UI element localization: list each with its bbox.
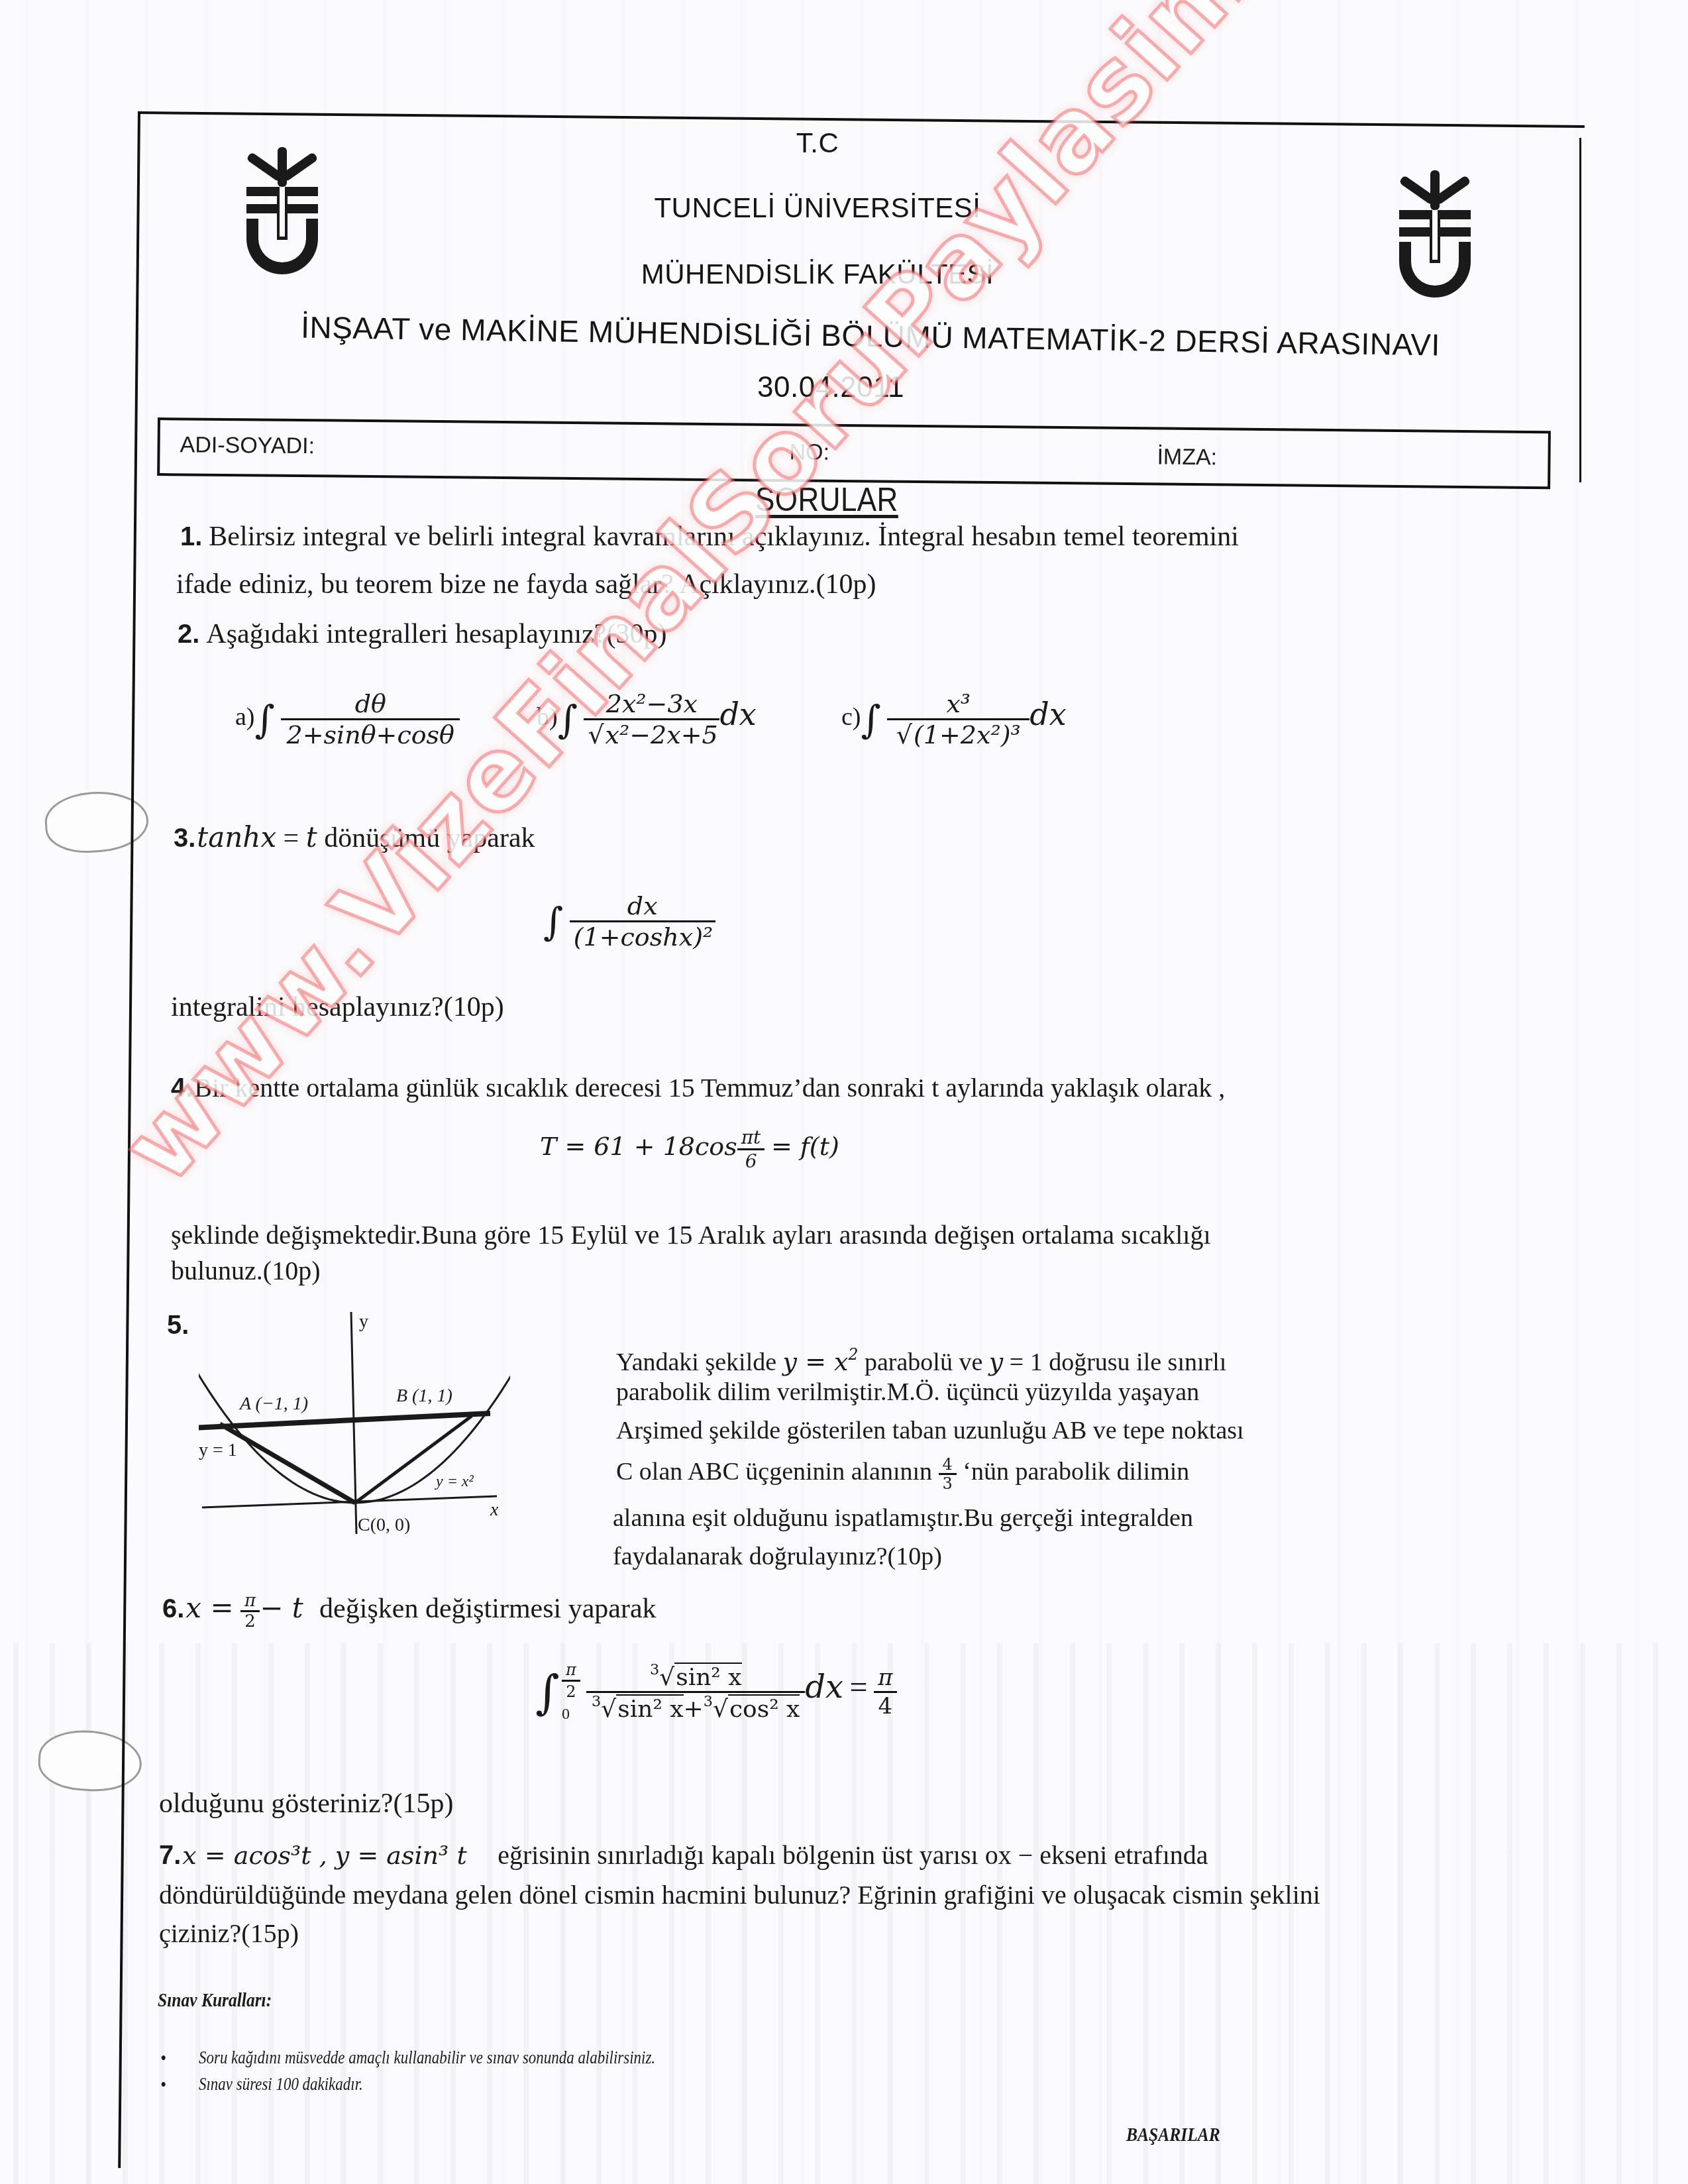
point-b-label: B (1, 1)	[396, 1386, 452, 1406]
question-6: 6.x = π 2 − t değişken değiştirmesi yapa…	[162, 1587, 657, 1631]
q3-eq: =	[284, 823, 299, 853]
radicand: sin² x	[616, 1694, 683, 1723]
x-axis-label: x	[490, 1500, 499, 1520]
question-5-line-2: parabolik dilim verilmiştir.M.Ö. üçüncü …	[616, 1373, 1199, 1411]
radicand: cos² x	[728, 1694, 800, 1723]
question-number: 7.	[159, 1841, 181, 1870]
question-number: 2.	[178, 620, 199, 649]
integral-sign-icon: ∫	[535, 1665, 559, 1720]
page-frame-right	[1579, 138, 1581, 482]
denominator: 3√sin² x+3√cos² x	[586, 1693, 805, 1723]
lower-limit: 0	[562, 1704, 580, 1724]
number-field-label[interactable]: NO:	[789, 439, 829, 466]
faculty-name: MÜHENDİSLİK FAKÜLTESİ	[0, 258, 1662, 290]
differential: dx	[805, 1668, 843, 1706]
fraction: 4 3	[939, 1456, 957, 1492]
denominator: √(1+2x²)³	[887, 720, 1029, 749]
fraction: dθ 2+sinθ+cosθ	[281, 689, 460, 749]
question-4-line-2: şeklinde değişmektedir.Buna göre 15 Eylü…	[171, 1214, 1211, 1256]
question-1-line-1: Belirsiz integral ve belirli integral ka…	[209, 521, 1239, 552]
line-label: y = 1	[199, 1440, 237, 1460]
question-6-text: değişken değiştirmesi yaparak	[319, 1594, 657, 1624]
point-a-label: A (−1, 1)	[238, 1393, 308, 1414]
question-4-line-3: bulunuz.(10p)	[171, 1250, 321, 1292]
question-6-line-3: olduğunu gösteriniz?(15p)	[159, 1782, 453, 1825]
parabola-figure: y A (−1, 1) B (1, 1) y = 1 y = x² C(0, 0…	[199, 1309, 510, 1534]
denominator: (1+coshx)²	[570, 922, 715, 952]
numerator: 3√sin² x	[586, 1661, 805, 1693]
exam-date: 30.04.2011	[0, 371, 1675, 404]
numerator: x³	[887, 689, 1029, 720]
question-7-line-1: eğrisinin sınırladığı kapalı bölgenin üs…	[498, 1840, 1208, 1870]
question-5-number: 5.	[167, 1304, 195, 1346]
question-5-line-5: alanına eşit olduğunu ispatlamıştır.Bu g…	[613, 1499, 1193, 1537]
equals: =	[850, 1670, 868, 1705]
radicand: sin² x	[674, 1663, 741, 1691]
q3-rhs: t	[306, 821, 317, 853]
formula-right: = f(t)	[771, 1132, 839, 1161]
closing-text: BAŞARILAR	[1126, 2124, 1220, 2146]
numerator: 4	[939, 1456, 957, 1475]
curve-label: y = x²	[435, 1473, 474, 1490]
question-number: 1.	[180, 522, 202, 551]
fraction: 2x²−3x √x²−2x+5	[584, 689, 719, 749]
question-number: 4.	[171, 1073, 193, 1103]
part-label: a)	[235, 703, 255, 731]
integral-3: ∫ dx (1+coshx)²	[543, 891, 715, 952]
integral-sign-icon: ∫	[543, 899, 563, 944]
part-label: b)	[537, 703, 558, 731]
numerator: π	[562, 1660, 580, 1682]
question-number: 6.	[162, 1594, 184, 1623]
integral-2a: a)∫ dθ 2+sinθ+cosθ	[235, 689, 460, 749]
fraction: π 2	[240, 1592, 260, 1631]
question-4-line-1: Bir kentte ortalama günlük sıcaklık dere…	[194, 1073, 1225, 1103]
question-number: 5.	[167, 1311, 189, 1340]
integral-2c: c)∫ x³ √(1+2x²)³ dx	[841, 689, 1067, 749]
question-4: 4.Bir kentte ortalama günlük sıcaklık de…	[171, 1067, 1225, 1109]
rule-item: Soru kağıdını müsvedde amaçlı kullanabil…	[199, 2048, 655, 2068]
q3-lhs: tanhx	[197, 821, 276, 853]
numerator: π	[874, 1665, 896, 1693]
denominator: 2	[240, 1612, 260, 1631]
question-1-line-2: ifade ediniz, bu teorem bize ne fayda sa…	[176, 563, 876, 606]
formula-left: T = 61 + 18cos	[540, 1132, 737, 1161]
question-3-text: dönüşümü yaparak	[324, 823, 535, 853]
numerator: 2x²−3x	[584, 689, 719, 720]
name-field-label[interactable]: ADI-SOYADI:	[180, 432, 315, 459]
radicand: (1+2x²)³	[912, 719, 1021, 749]
fraction: πt 6	[737, 1126, 765, 1172]
question-5-line-4: C olan ABC üçgeninin alanının 4 3 ‘nün p…	[616, 1452, 1189, 1492]
fraction: dx (1+coshx)²	[570, 891, 715, 952]
result-fraction: π 4	[874, 1665, 896, 1720]
substitution-lhs: x =	[185, 1592, 233, 1624]
denominator: 2	[562, 1682, 580, 1702]
question-5-line-6: faydalanarak doğrulayınız?(10p)	[613, 1537, 942, 1576]
fraction: x³ √(1+2x²)³	[887, 689, 1029, 749]
line-4-head: C olan ABC üçgeninin alanının	[616, 1458, 932, 1486]
upper-limit: π 2	[562, 1660, 580, 1702]
root-index: 3	[650, 1661, 659, 1678]
line-4-tail: ‘nün parabolik dilimin	[963, 1458, 1189, 1486]
line-y1	[199, 1413, 490, 1428]
rules-title: Sınav Kuralları:	[158, 1989, 272, 2012]
y-axis-label: y	[359, 1311, 368, 1332]
integral-6: ∫ π 2 0 3√sin² x 3√sin² x+3√cos² x dx = …	[535, 1660, 897, 1724]
denominator: 3	[939, 1475, 957, 1492]
triangle-side-ac	[220, 1424, 355, 1503]
root-index: 3	[704, 1693, 713, 1710]
fraction: 3√sin² x 3√sin² x+3√cos² x	[586, 1661, 805, 1722]
integral-sign-icon: ∫	[255, 697, 275, 742]
header-tc: T.C	[0, 127, 1662, 159]
rule-item: Sınav süresi 100 dakikadır.	[199, 2074, 363, 2095]
point-c-label: C(0, 0)	[358, 1515, 410, 1534]
root-index: 3	[592, 1693, 601, 1710]
numerator: dx	[570, 891, 715, 922]
substitution-rhs: − t	[260, 1592, 303, 1624]
parametric-formula: x = acos³t , y = asin³ t	[182, 1841, 466, 1870]
denominator: 6	[737, 1150, 765, 1172]
question-number: 3.	[174, 824, 195, 853]
denominator: 2+sinθ+cosθ	[281, 720, 460, 749]
question-3-line-3: integralini hesaplayınız?(10p)	[171, 986, 504, 1028]
question-2-text: Aşağıdaki integralleri hesaplayınız?(30p…	[206, 619, 666, 649]
question-7-line-2: döndürüldüğünde meydana gelen dönel cism…	[159, 1874, 1320, 1916]
part-label: c)	[841, 703, 861, 731]
question-3: 3.tanhx = t dönüşümü yaparak	[174, 816, 535, 859]
numerator: π	[240, 1592, 260, 1612]
differential: dx	[719, 696, 756, 732]
numerator: πt	[737, 1126, 765, 1150]
radicand: x²−2x+5	[604, 719, 718, 749]
question-2: 2.Aşağıdaki integralleri hesaplayınız?(3…	[178, 613, 666, 655]
question-1: 1.Belirsiz integral ve belirli integral …	[180, 516, 1239, 558]
integral-limits: π 2 0	[562, 1660, 580, 1724]
university-name: TUNCELİ ÜNİVERSİTESİ	[0, 192, 1662, 224]
denominator: √x²−2x+5	[584, 720, 719, 749]
integral-2b: b)∫ 2x²−3x √x²−2x+5 dx	[537, 689, 757, 749]
question-7: 7.x = acos³t , y = asin³ t eğrisinin sın…	[159, 1834, 1208, 1877]
question-5-line-3: Arşimed şekilde gösterilen taban uzunluğ…	[616, 1411, 1244, 1450]
integral-sign-icon: ∫	[861, 697, 881, 742]
formula-4: T = 61 + 18cos πt 6 = f(t)	[540, 1126, 839, 1172]
numerator: dθ	[281, 689, 460, 720]
integral-sign-icon: ∫	[558, 697, 578, 742]
signature-field-label[interactable]: İMZA:	[1157, 444, 1217, 470]
differential: dx	[1029, 696, 1066, 732]
question-7-line-3: çiziniz?(15p)	[159, 1912, 299, 1955]
section-title: SORULAR	[755, 480, 898, 519]
denominator: 4	[874, 1693, 896, 1720]
